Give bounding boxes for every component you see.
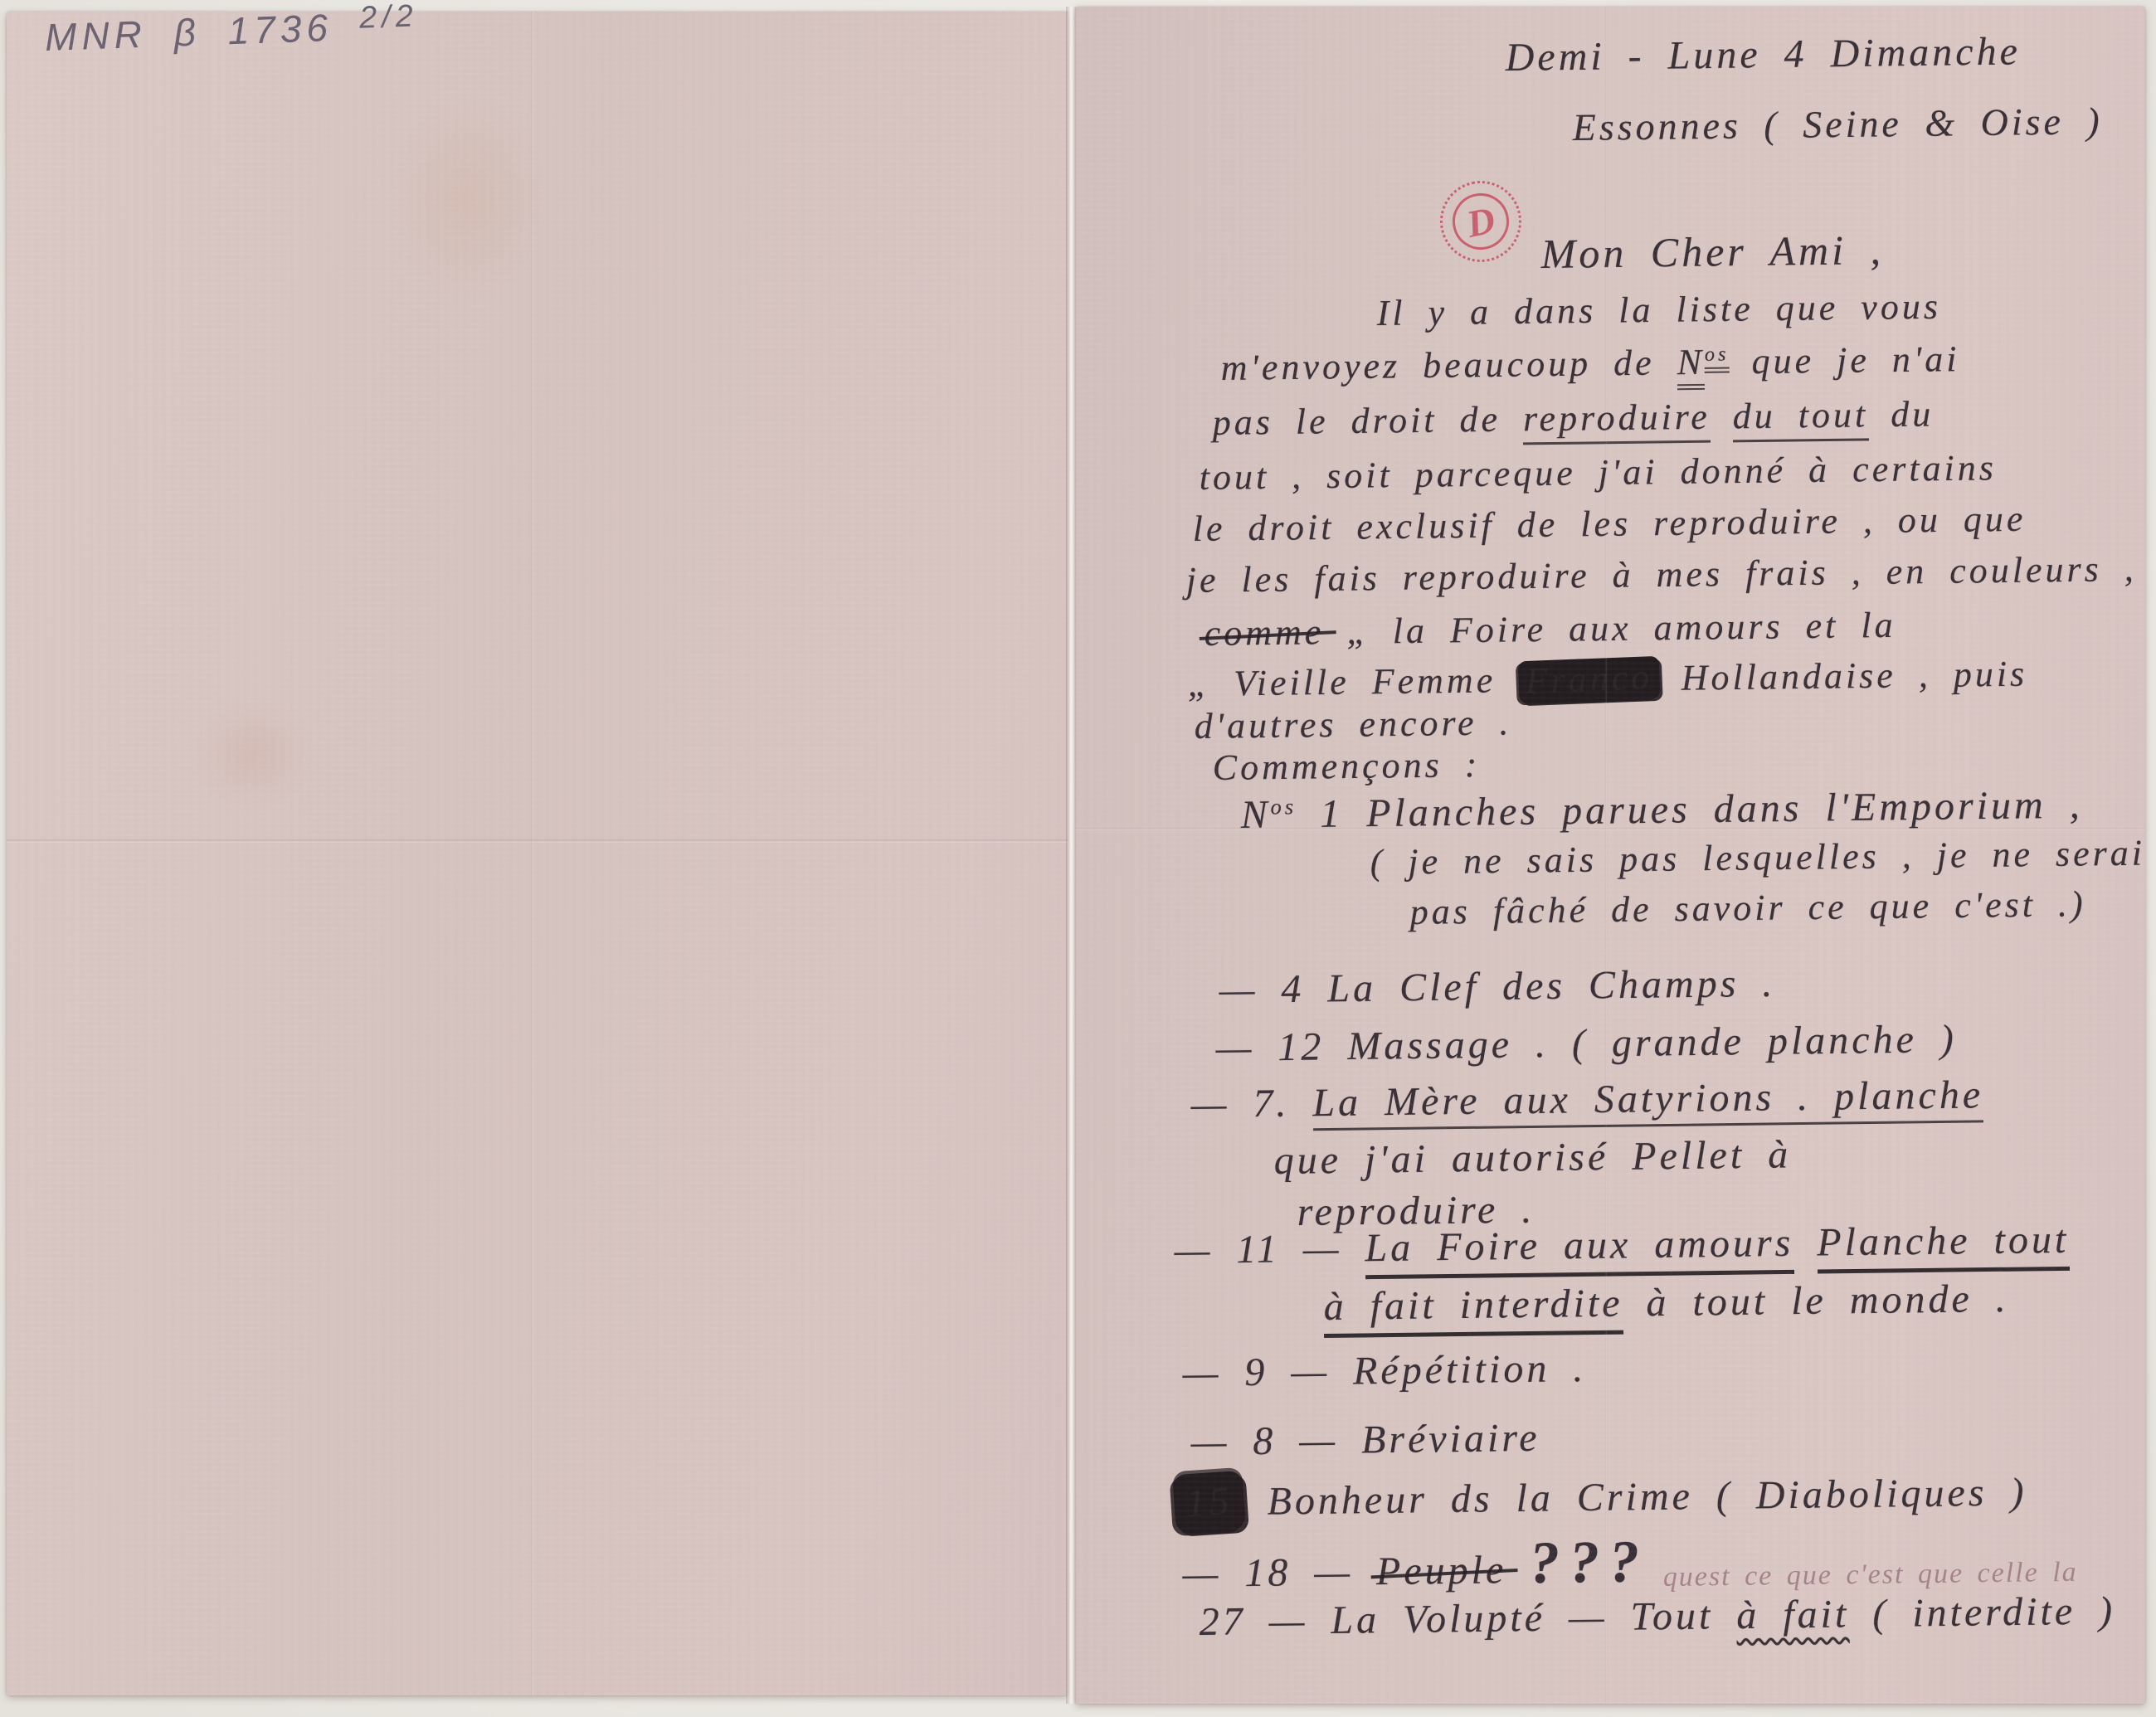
list-item-7: — 7. La Mère aux Satyrions . planche: [1190, 1072, 1983, 1127]
text-segment: — 11 —: [1174, 1226, 1365, 1272]
body-line-8: „ Vieille Femme Franco Hollandaise , pui…: [1187, 654, 2027, 706]
text-segment: — 8 — Bréviaire: [1190, 1416, 1540, 1464]
scanned-letter: MNR β 1736 2/2 D Demi - Lune 4 Dimanche …: [0, 0, 2156, 1717]
place-line: Essonnes ( Seine & Oise ): [1572, 100, 2103, 150]
text-segment: pas le droit de: [1212, 398, 1523, 443]
center-fold: [1066, 7, 1076, 1704]
list-item-12: — 12 Massage . ( grande planche ): [1215, 1016, 1957, 1071]
text-segment: ( je ne sais pas lesquelles , je ne sera…: [1370, 832, 2145, 883]
text-segment: je les fais reproduire à mes frais , en …: [1185, 548, 2137, 601]
list-item-nos1-note-2: pas fâché de savoir ce que c'est .): [1409, 883, 2086, 934]
text-segment: quest ce que c'est que celle la: [1649, 1557, 2078, 1593]
letter-page-right: D Demi - Lune 4 Dimanche Essonnes ( Sein…: [1075, 7, 2145, 1704]
text-segment: le droit exclusif de les reproduire , ou…: [1192, 499, 2026, 549]
body-line-6: je les fais reproduire à mes frais , en …: [1185, 548, 2137, 602]
text-segment: Mon Cher Ami ,: [1540, 226, 1884, 277]
list-item-11: — 11 — La Foire aux amours Planche tout: [1174, 1217, 2069, 1273]
text-segment: du: [1868, 393, 1935, 435]
text-segment: reproduire: [1523, 396, 1711, 445]
text-segment: — 4 La Clef des Champs .: [1219, 961, 1775, 1012]
text-segment: Demi - Lune 4 Dimanche: [1505, 29, 2021, 80]
letter-page-left: MNR β 1736 2/2: [7, 12, 1068, 1695]
text-segment: 15: [1172, 1471, 1245, 1534]
list-item-9: — 9 — Répétition .: [1182, 1345, 1586, 1396]
text-segment: — 7.: [1190, 1081, 1312, 1126]
body-line-1: Il y a dans la liste que vous: [1376, 286, 1941, 335]
text-segment: N: [1677, 342, 1705, 390]
body-line-2: m'envoyez beaucoup de Nos que je n'ai: [1220, 338, 1959, 389]
text-segment: d'autres encore .: [1194, 702, 1511, 747]
text-segment: N: [1240, 793, 1271, 837]
text-segment: pas fâché de savoir ce que c'est .): [1409, 883, 2086, 932]
text-segment: à fait: [1736, 1592, 1850, 1637]
text-segment: ???: [1530, 1528, 1650, 1596]
text-segment: [1710, 396, 1733, 436]
text-segment: 2/2: [358, 0, 418, 35]
stamp-letter-text: D: [1462, 197, 1499, 246]
text-segment: — 18 —: [1182, 1549, 1376, 1596]
body-line-commencons: Commençons :: [1212, 744, 1480, 790]
list-item-nos1-note-1: ( je ne sais pas lesquelles , je ne sera…: [1370, 832, 2145, 883]
text-segment: que je n'ai: [1729, 338, 1959, 382]
salutation: Mon Cher Ami ,: [1540, 226, 1884, 279]
text-segment: Essonnes ( Seine & Oise ): [1572, 100, 2103, 148]
text-segment: — 12 Massage . ( grande planche ): [1215, 1017, 1957, 1070]
dateline: Demi - Lune 4 Dimanche: [1505, 28, 2021, 80]
body-line-7: comme „ la Foire aux amours et la: [1204, 605, 1896, 655]
text-segment: Bonheur ds la Crime ( Diaboliques ): [1243, 1470, 2027, 1524]
list-item-8: — 8 — Bréviaire: [1190, 1415, 1540, 1465]
text-segment: m'envoyez beaucoup de: [1220, 342, 1677, 388]
text-segment: Hollandaise , puis: [1658, 654, 2027, 698]
body-line-4: tout , soit parceque j'ai donné à certai…: [1199, 447, 1997, 499]
text-segment: 27 — La Volupté — Tout: [1199, 1593, 1736, 1644]
text-segment: Commençons :: [1212, 744, 1480, 788]
text-segment: comme: [1204, 611, 1324, 654]
collection-stamp-d: D: [1433, 173, 1529, 270]
text-segment: à tout le monde .: [1623, 1277, 2009, 1325]
text-segment: ( interdite ): [1849, 1589, 2115, 1637]
list-item-bonheur: 15 Bonheur ds la Crime ( Diaboliques ): [1174, 1462, 2027, 1532]
text-segment: [1793, 1221, 1818, 1265]
list-item-7-cont-1: que j'ai autorisé Pellet à: [1273, 1131, 1791, 1184]
text-segment: La Mère aux Satyrions . planche: [1312, 1073, 1983, 1131]
text-segment: MNR β 1736: [44, 5, 360, 59]
list-item-11-cont: à fait interdite à tout le monde .: [1323, 1276, 2009, 1330]
text-segment: Peuple: [1376, 1547, 1507, 1594]
list-item-4: — 4 La Clef des Champs .: [1219, 961, 1775, 1013]
text-segment: — 9 — Répétition .: [1182, 1346, 1586, 1395]
body-line-3: pas le droit de reproduire du tout du: [1212, 393, 1934, 444]
text-segment: à fait interdite: [1323, 1282, 1623, 1338]
text-segment: Il y a dans la liste que vous: [1376, 286, 1941, 333]
text-segment: „ la Foire aux amours et la: [1324, 605, 1896, 652]
text-segment: du tout: [1732, 394, 1868, 442]
text-segment: 1 Planches parues dans l'Emporium ,: [1297, 783, 2083, 837]
text-segment: La Foire aux amours: [1365, 1221, 1794, 1279]
list-item-nos1: Nos 1 Planches parues dans l'Emporium ,: [1240, 782, 2083, 839]
body-line-5: le droit exclusif de les reproduire , ou…: [1192, 499, 2026, 551]
text-segment: os: [1270, 794, 1297, 819]
text-segment: Franco: [1517, 656, 1659, 703]
text-segment: „ Vieille Femme: [1187, 659, 1518, 704]
text-segment: Planche tout: [1817, 1218, 2070, 1274]
archive-inventory-mark: MNR β 1736 2/2: [44, 3, 419, 58]
text-segment: que j'ai autorisé Pellet à: [1273, 1132, 1791, 1183]
text-segment: tout , soit parceque j'ai donné à certai…: [1199, 447, 1997, 498]
text-segment: os: [1705, 343, 1730, 373]
body-line-9: d'autres encore .: [1194, 702, 1511, 747]
